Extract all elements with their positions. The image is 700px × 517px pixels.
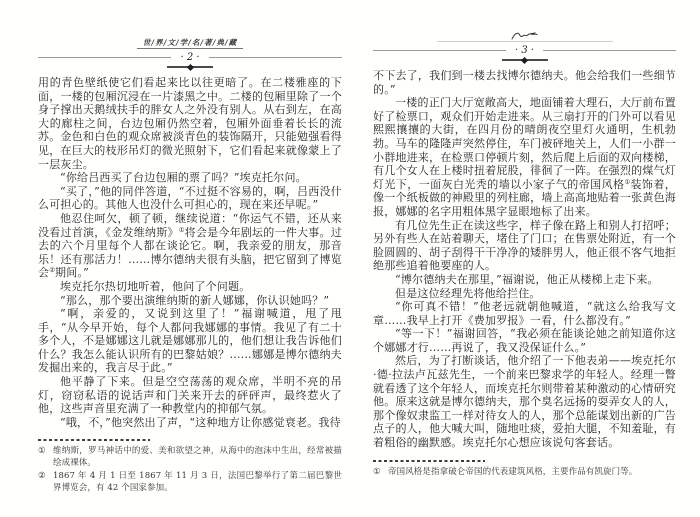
paragraph: 不下去了，我们到一楼去找博尔德纳夫。他会给我们一些细节的。” (373, 69, 676, 96)
ornament-diamond-icon (521, 56, 528, 63)
header-rule-right (209, 57, 342, 58)
paragraph: “你给吕西买了台边包厢的票了吗？”埃克托尔问。 (38, 171, 342, 185)
footnote: ①帝国风格是指拿破仑帝国的代表建筑风格，主要作品有凯旋门等。 (373, 467, 676, 479)
header-ornament (167, 66, 213, 68)
footnote-marker: ① (38, 446, 53, 469)
footnote-reference: ① (624, 178, 630, 186)
paragraph: 但是这位经理先将他给拦住。 (373, 287, 676, 301)
paragraph: 有几位先生正在读这些字，样子像在路上和别人打招呼；另外有些人在站着聊天，堵住了门… (373, 219, 676, 273)
paragraph: “你可真不错！”他老远就朝他喊道，“就这么给我写文章……我早上打开《费加罗报》一… (373, 300, 676, 327)
footnote-text: 维纳斯，罗马神话中的爱、美和欲望之神，从海中的泡沫中生出，经常被描绘成裸体。 (53, 446, 342, 469)
series-title: 世/界/文/学/名/著/典/藏 (137, 38, 243, 49)
footnote-separator (38, 439, 150, 441)
header-ornament (502, 59, 548, 61)
page-number-rule: · 2 · (38, 52, 342, 63)
footnote: ②1867 年 4 月 1 日至 1867 年 11 月 3 日，法国巴黎举行了… (38, 471, 342, 494)
paragraph: “等一下！”福谢回答，“我必须在能谈论她之前知道你这个娜娜才行……再说了，我又没… (373, 327, 676, 354)
footnote-marker: ② (38, 471, 53, 494)
paragraph: 他忍住呵欠，顿了顿，继续说道：“你运气不错，还从来没看过首演，《金发维纳斯》①将… (38, 212, 342, 280)
paragraph: 他平静了下来。但是空空荡荡的观众席，半明不亮的吊灯，窃窃私语的说话声和门关来开去… (38, 375, 342, 416)
paragraph: 然后，为了打断谈话，他介绍了一下他表弟——埃克托尔·德·拉法卢瓦兹先生，一个前来… (373, 354, 676, 449)
paragraph: 埃克托尔热切地听着，他问了个问题。 (38, 280, 342, 294)
footnote-reference: ② (49, 266, 55, 274)
page-number-rule: · 3 · (373, 45, 676, 56)
left-page: 世/界/文/学/名/著/典/藏 · 2 · 用的青色壁纸使它们看起来比以往更暗了… (38, 28, 342, 494)
title-script-flourish-icon (373, 30, 676, 41)
right-page-footnotes: ①帝国风格是指拿破仑帝国的代表建筑风格，主要作品有凯旋门等。 (373, 467, 676, 479)
footnote-marker: ① (373, 467, 388, 479)
footnote-text: 1867 年 4 月 1 日至 1867 年 11 月 3 日，法国巴黎举行了第… (53, 471, 342, 494)
book-spread: 世/界/文/学/名/著/典/藏 · 2 · 用的青色壁纸使它们看起来比以往更暗了… (0, 0, 700, 517)
footnote-separator (373, 460, 485, 462)
ornament-diamond-icon (186, 63, 193, 70)
footnote-text: 帝国风格是指拿破仑帝国的代表建筑风格，主要作品有凯旋门等。 (388, 467, 676, 479)
page-number: · 3 · (506, 45, 543, 56)
left-page-footnotes: ①维纳斯，罗马神话中的爱、美和欲望之神，从海中的泡沫中生出，经常被描绘成裸体。②… (38, 446, 342, 494)
header-rule-left (373, 50, 506, 51)
paragraph: “哦，不，”他突然出了声，“这种地方让你感觉衰老。我待 (38, 416, 342, 430)
header-rule-left (38, 57, 171, 58)
paragraph: “买了，”他的同伴答道，“不过挺不容易的，啊，吕西没什么可担心的。其他人也没什么… (38, 185, 342, 212)
paragraph: “那么，那个要出演维纳斯的新人娜娜，你认识她吗？” (38, 294, 342, 308)
page-number: · 2 · (171, 52, 208, 63)
paragraph: “博尔德纳夫在那里，”福谢说，他正从楼梯上走下来。 (373, 273, 676, 287)
left-page-header: 世/界/文/学/名/著/典/藏 · 2 · (38, 28, 342, 68)
script-underline (437, 41, 613, 42)
right-page-header: · 3 · (373, 28, 676, 61)
paragraph: “啊，亲爱的，又说到这里了！”福谢喊道，甩了甩手，“从今早开始，每个人都问我娜娜… (38, 307, 342, 375)
header-rule-right (543, 50, 676, 51)
paragraph: 一楼的正门大厅宽敞高大，地面铺着大理石，大厅前布置好了检票口，观众们开始走进来。… (373, 96, 676, 218)
left-page-body: 用的青色壁纸使它们看起来比以往更暗了。在二楼雅座的下面，一楼的包厢沉浸在一片漆黑… (38, 76, 342, 429)
footnote: ①维纳斯，罗马神话中的爱、美和欲望之神，从海中的泡沫中生出，经常被描绘成裸体。 (38, 446, 342, 469)
right-page: · 3 · 不下去了，我们到一楼去找博尔德纳夫。他会给我们一些细节的。”一楼的正… (373, 28, 676, 478)
footnote-reference: ① (179, 226, 185, 234)
right-page-body: 不下去了，我们到一楼去找博尔德纳夫。他会给我们一些细节的。”一楼的正门大厅宽敞高… (373, 69, 676, 450)
paragraph: 用的青色壁纸使它们看起来比以往更暗了。在二楼雅座的下面，一楼的包厢沉浸在一片漆黑… (38, 76, 342, 171)
